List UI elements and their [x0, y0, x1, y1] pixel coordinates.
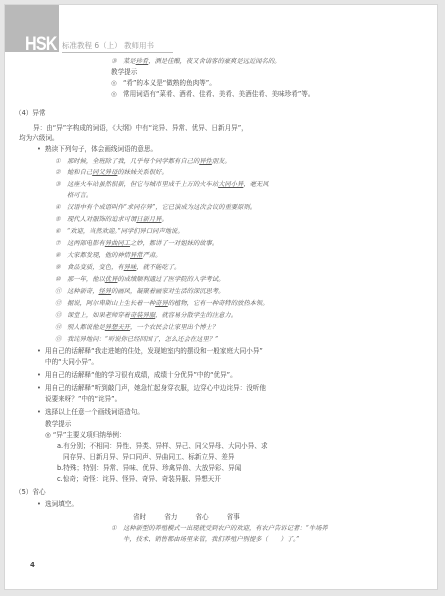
task-instruction-cont: 说要来呀？”中的“诧异”。 — [45, 395, 121, 404]
underlined-word: 异想天开 — [105, 324, 130, 331]
item-number: ⑭ — [55, 323, 67, 332]
sentence-text: 据说，阿尔卑斯山上生长着一种 — [67, 300, 155, 307]
sentence-text: ，毫无风 — [243, 181, 268, 188]
sentence-item: ⑪这种新奇，怪异的画风，凝聚着画家对生活的深沉思考。 — [55, 287, 224, 296]
sentence-text: 别人都说他是 — [67, 324, 105, 331]
sentence-item: ③这座火车站虽然很新，但它与城市里成千上万的火车站大同小异，毫无风 — [55, 180, 269, 189]
underlined-word: 异曲同工 — [105, 240, 130, 247]
sentence-text: 这种新型的养殖模式一出现就受到农户的欢迎，有农户告诉记者：“牛场养 — [123, 525, 328, 532]
section-intro: 均为六级词。 — [19, 134, 59, 143]
page-number: 4 — [30, 561, 35, 569]
item-number: ⑩ — [55, 275, 67, 284]
sentence-text: 严肃。 — [143, 252, 162, 259]
underlined-word: 大同小异 — [218, 181, 243, 188]
item-number: ② — [55, 168, 67, 177]
task-instruction: 选择以上任意一个画线词语造句。 — [45, 408, 144, 417]
sentence-text: ，就不能吃了。 — [136, 264, 180, 271]
underlined-word: 奇异 — [155, 300, 168, 307]
tips-label: 教学提示 — [45, 420, 71, 429]
item-number: ③ — [55, 180, 67, 189]
item-number: ⑦ — [55, 239, 67, 248]
underlined-word: 日新月异 — [136, 216, 161, 223]
item-number: ⑤ — [55, 215, 67, 224]
sentence-item: ①这种新型的养殖模式一出现就受到农户的欢迎，有农户告诉记者：“牛场养 — [111, 524, 328, 533]
meaning-item: b.特殊；特别：异常、异味、优异、珍禽异兽、大放异彩、异闻 — [57, 464, 241, 473]
item-number: ⑫ — [55, 299, 67, 308]
sentence-text: 现代人对服饰的追求可谓 — [67, 216, 136, 223]
underlined-word: 异性 — [199, 158, 212, 165]
meaning-item: a.有分别；不相同：异性、异类、异样、异己、同父异母、大同小异、求 — [57, 442, 268, 451]
sentence-continuation: 牛，技术、销售都由场里来管，我们养殖户别提多（ ）了。” — [123, 535, 299, 544]
sentence-text: 她和自己 — [67, 169, 92, 176]
item-number: ④ — [55, 203, 67, 212]
meaning-item: c.惊奇；奇怪：诧异、怪异、奇异、奇装异服、异想天开 — [57, 475, 221, 484]
sentence-item: ④汉语中有个成语叫作“求同存异”，它已演成为这次会议的重要原则。 — [55, 203, 256, 212]
tip-text: “肴”的本义是“做熟的鱼肉等”。 — [123, 79, 216, 87]
sentence-item: ⑥“欢迎，当然欢迎。”同学们异口同声地说。 — [55, 227, 184, 236]
sentence-text: 那一年，他以 — [67, 276, 105, 283]
tip-marker: ◎ — [111, 79, 123, 88]
book-title: 标准教程 6（上） 教师用书 — [62, 41, 173, 53]
sentence-item: ②她和自己同父异母的妹妹关系很好。 — [55, 168, 168, 177]
item-number: ⑨ — [55, 263, 67, 272]
task-instruction: 选词填空。 — [45, 500, 78, 509]
meaning-item-cont: 同存异、日新月异、异口同声、异曲同工、标新立异、差异 — [63, 453, 234, 462]
section-heading: （5）省心 — [15, 488, 46, 497]
sentence-text: ，一个农民会让家里出个博士？ — [130, 324, 218, 331]
underlined-word: 奇装异服 — [130, 312, 155, 319]
section-heading: （4）异常 — [15, 109, 46, 118]
underlined-word: 异味 — [124, 264, 137, 271]
item-number: ⑬ — [55, 311, 67, 320]
task-instruction: 用自己的话解释“听到敲门声，她急忙起身穿衣服，边穿心中边诧异：没听他 — [45, 384, 266, 393]
section-intro: 异：由“异”字构成的词语，《大纲》中有“诧异、异常、优异、日新月异”， — [33, 124, 248, 133]
sentence-text: 那时候，全班除了我，几乎每个同学都有自己的 — [67, 158, 199, 165]
sentence-text: 的妹妹关系很好。 — [117, 169, 167, 176]
word-option: 省事 — [227, 513, 240, 522]
sentence-text: “欢迎，当然欢迎。”同学们异口同声地说。 — [67, 228, 184, 235]
tip-item: ◎常用词语有“菜肴、酒肴、佳肴、美肴、美酒佳肴、美味珍肴”等。 — [111, 90, 314, 99]
sentence-continuation: 格可言。 — [67, 191, 92, 200]
sentence-text: 课堂上，如果老师穿着 — [67, 312, 130, 319]
item-number: ⑥ — [55, 227, 67, 236]
sentence-text: 菜是 — [123, 58, 136, 65]
sentence-text: 之妙，都讲了一对姐妹的故事。 — [130, 240, 218, 247]
sentence-item: ⑫据说，阿尔卑斯山上生长着一种奇异的植物，它有一种奇特的放热本领。 — [55, 299, 269, 308]
sentence-text: 大家都发现，他的神情 — [67, 252, 130, 259]
sentence-item: ①那时候，全班除了我，几乎每个同学都有自己的异性朋友。 — [55, 157, 231, 166]
underlined-word: 珍肴 — [136, 58, 149, 65]
item-number: ③ — [111, 57, 123, 66]
tip-text: 常用词语有“菜肴、酒肴、佳肴、美肴、美酒佳肴、美味珍肴”等。 — [123, 90, 314, 98]
item-number: ⑮ — [55, 335, 67, 344]
sentence-item: ⑦这两部电影有异曲同工之妙，都讲了一对姐妹的故事。 — [55, 239, 218, 248]
sentence-text: ，就容易分散学生的注意力。 — [155, 312, 237, 319]
item-number: ① — [111, 524, 123, 533]
sentence-text: 这座火车站虽然很新，但它与城市里成千上万的火车站 — [67, 181, 218, 188]
tips-label: 教学提示 — [111, 68, 137, 77]
sentence-item: ⑤现代人对服饰的追求可谓日新月异。 — [55, 215, 168, 224]
document-page: HSK 标准教程 6（上） 教师用书 ③菜是珍肴，酒是佳酿，夜又舍请客的豪爽是远… — [4, 4, 438, 590]
task-instruction-cont: 中的“大同小异”。 — [45, 358, 98, 367]
underlined-word: 异常 — [130, 252, 143, 259]
sentence-text: 食品变质，变色，有 — [67, 264, 124, 271]
hsk-logo: HSK — [25, 35, 57, 54]
sentence-item: ⑮我诧异地问：“听说你已经回国了，怎么还会在这里？” — [55, 335, 218, 344]
sentence-text: 的成绩顺利通过了医学院的入学考试。 — [117, 276, 224, 283]
word-bank: 省时省力省心省事 — [133, 513, 258, 522]
underlined-word: 怪异 — [98, 288, 111, 295]
sentence-item: ⑧大家都发现，他的神情异常严肃。 — [55, 251, 161, 260]
sentence-item: ③菜是珍肴，酒是佳酿，夜又舍请客的豪爽是远近闻名的。 — [111, 57, 280, 66]
task-instruction: 用自己的话解释“他的学习很有成绩，成绩十分优异”中的“优异”。 — [45, 371, 237, 380]
sentence-text: 。 — [161, 216, 167, 223]
task-instruction: 用自己的话解释“我走进她的住处，发现她室内的摆设和一般家庭大同小异” — [45, 347, 263, 356]
sentence-text: 朋友。 — [212, 158, 231, 165]
sentence-text: 的植物，它有一种奇特的放热本领。 — [168, 300, 269, 307]
underlined-word: 优异 — [105, 276, 118, 283]
sentence-item: ⑭别人都说他是异想天开，一个农民会让家里出个博士？ — [55, 323, 218, 332]
sentence-text: 的画风，凝聚着画家对生活的深沉思考。 — [111, 288, 224, 295]
sentence-text: 这种新奇， — [67, 288, 98, 295]
tip-intro: ◎ “异”主要义项归纳举例： — [45, 431, 126, 440]
header-logo-block: HSK — [5, 5, 59, 52]
sentence-item: ⑨食品变质，变色，有异味，就不能吃了。 — [55, 263, 180, 272]
sentence-text: 这两部电影有 — [67, 240, 105, 247]
item-number: ⑧ — [55, 251, 67, 260]
word-option: 省心 — [195, 513, 208, 522]
tip-marker: ◎ — [111, 90, 123, 99]
sentence-text: ，酒是佳酿，夜又舍请客的豪爽是远近闻名的。 — [148, 58, 280, 65]
sentence-text: 我诧异地问：“听说你已经回国了，怎么还会在这里？” — [67, 336, 218, 343]
tip-item: ◎“肴”的本义是“做熟的鱼肉等”。 — [111, 79, 216, 88]
sentence-item: ⑬课堂上，如果老师穿着奇装异服，就容易分散学生的注意力。 — [55, 311, 237, 320]
item-number: ⑪ — [55, 287, 67, 296]
sentence-text: 汉语中有个成语叫作“求同存异”，它已演成为这次会议的重要原则。 — [67, 204, 256, 211]
word-option: 省时 — [133, 513, 146, 522]
item-number: ① — [55, 157, 67, 166]
task-instruction: 熟读下列句子，体会画线词语的意思。 — [45, 145, 157, 154]
sentence-item: ⑩那一年，他以优异的成绩顺利通过了医学院的入学考试。 — [55, 275, 224, 284]
underlined-word: 同父异母 — [92, 169, 117, 176]
word-option: 省力 — [164, 513, 177, 522]
